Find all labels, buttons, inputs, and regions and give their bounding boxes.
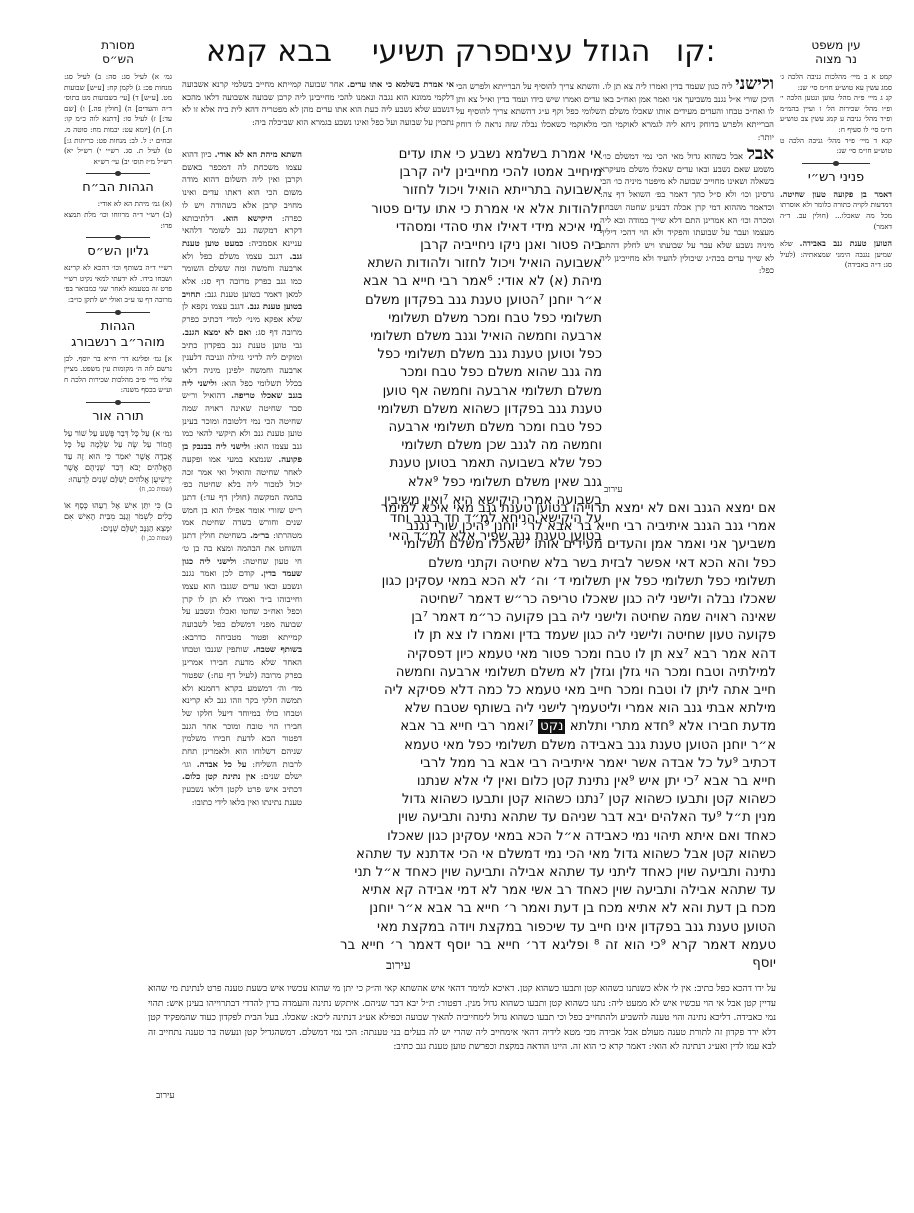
gemara-line: שאינה ראויה שמה שחיטה ולישני ליה בבן פקו… <box>340 609 776 627</box>
gemara-line: ולהודות אלא אי אמרת כי אתו עדים פטור <box>340 201 602 219</box>
gemara-line: תשלומי כפל תשלומי כפל אין תשלומי ד׳ וה׳ … <box>340 573 776 591</box>
gemara-line: מיחייב אמטו להכי מחייבינן ליה קרבן <box>340 164 602 182</box>
header-chapter-name: הגוזל עצים <box>510 34 650 70</box>
torah-or-verse: ב) כִּי יִתֵּן אִישׁ אֶל רֵעֵהוּ כֶּסֶף … <box>64 500 172 535</box>
gemara-line: מדעת חבירו אלא ⁹חדא מתרי ותלתא נקט ⁷ואמר… <box>340 718 776 736</box>
mesoret-title-line1: מסורת <box>64 38 172 52</box>
tosafot-second-text: אבל כשהוא גדול מאי הכי נמי דמשלם כו׳. מש… <box>600 151 774 275</box>
gemara-line: למילתיה וטבח ומכר הוי גזלן וגזלן לא משלם… <box>340 664 776 682</box>
gemara-line: חייא בר אבא ⁷כי יתן איש ⁹אין נתינת קטן כ… <box>340 773 776 791</box>
divider <box>86 237 151 238</box>
gemara-line: כפל והא הכא דאי אפשר לבזית בשר בלא שחיטה… <box>340 555 776 573</box>
bottom-rashi-text: על ידו דהכא כפל כתיב: אין לי אלא כשנתנו … <box>148 984 776 1052</box>
torah-or-ref: (שמות כב, ח) <box>64 485 172 496</box>
gemara-line: הטוען טענת גנב בפקדון אינו חייב עד שיכפו… <box>340 919 776 937</box>
gemara-line: אם ימצא הגנב ואם לא ימצא תרוייהו בטוען ט… <box>340 500 776 518</box>
gemara-line: כשהוא קטן אבל כשהוא גדול מאי הכי נמי דמש… <box>340 846 776 864</box>
gemara-line: משלם תשלומי ארבעה וחמשה אף טוען <box>340 383 602 401</box>
rashi-dh: היקישא הוא. <box>223 213 273 223</box>
gemara-line: כפל שלא בשבועה תאמר בטוען טענת <box>340 455 602 473</box>
gemara-line: דכתיב ⁹על כל אבדה אשר יאמר איתיביה רבי א… <box>340 755 776 773</box>
gemara-line: אשבועה בתרייתא הואיל ויכול לחזור <box>340 182 602 200</box>
torah-or-verse: גמ׳ א) עַל כָּל דְּבַר פֶּשַׁע עַל שׁוֹר… <box>64 428 172 486</box>
divider <box>802 163 869 164</box>
ein-mishpat-title-line1: עין משפט <box>780 38 892 52</box>
gemara-line: כפל טבח ומכר משלם תשלומי ארבעה <box>340 419 602 437</box>
gilyon-title: גליון הש״ס <box>64 244 172 260</box>
divider <box>86 173 151 174</box>
gemara-wide-block: אם ימצא הגנב ואם לא ימצא תרוייהו בטוען ט… <box>340 500 776 973</box>
mesoret-column: מסורת הש״ס גמ׳ א) לעיל סג: סה: ב) לעיל ס… <box>64 38 172 545</box>
gemara-line: משביעך אני ואמר אמן והעדים מעידים אותו ⁷… <box>340 536 776 554</box>
divider <box>86 402 151 403</box>
ein-mishpat-entry: קנ ג מיי׳ פ״ה מהל׳ טוען ונטען הלכה י׳ ופ… <box>780 93 892 135</box>
gemara-line: מנין ת״ל ⁹עד האלהים יבא דבר שניהם עד שתה… <box>340 809 776 827</box>
ein-mishpat-title-line2: נר מצוה <box>780 52 892 66</box>
gemara-line-text: ⁷ואמר רבי חייא בר אבא <box>400 719 534 734</box>
rashi-text: שותפין שגנבו וטבחו האחד שלא מדעת חבירו א… <box>182 644 302 768</box>
gemara-line: גנב שאין משלם תשלומי כפל ⁹אלא <box>340 474 602 492</box>
ein-mishpat-entry: קמט א ב מיי׳ מהלכות גניבה הלכה ג׳ סמג עש… <box>780 72 892 93</box>
maharshal-text: א] גמ׳ ופליגא דר׳ חייא בר יוסף. לכן נרשם… <box>64 354 172 396</box>
penei-rashi-title: פניני רש״י <box>780 170 892 186</box>
gemara-line: מכח בן דעת והא לא אתיא מכח בן דעת ואמר ר… <box>340 900 776 918</box>
gemara-line: שאכלו נבלה ולישני ליה כגון שאכלו טריפה כ… <box>340 591 776 609</box>
ein-mishpat-entry: קנא ד מיי׳ פ״ד מהל׳ גניבה הלכה ט טוש״ע ח… <box>780 136 892 157</box>
gemara-line: כפל וטוען טענת גנב משלם תשלומי כפל <box>340 346 602 364</box>
gemara-line: תשלומי כפל טבח ומכר משלם תשלומי <box>340 310 602 328</box>
mesoret-entries: גמ׳ א) לעיל סג: סה: ב) לעיל סג: מנחות פכ… <box>64 72 172 167</box>
rashi-dh: אין נתינת קטן כלום. <box>182 771 256 781</box>
rashi-text: קודם לכן ואמר נגנב ונשבע ובאו עדים שגנבו… <box>182 568 302 642</box>
gemara-line: מי איכא מידי דאילו אתי סהדי ומסהדי <box>340 219 602 237</box>
gemara-line: כשהוא קטן ותבעו כשהוא קטן ⁷נתנו כשהוא קט… <box>340 791 776 809</box>
gemara-line-text: מדעת חבירו אלא ⁹חדא מתרי ותלתא <box>570 719 776 734</box>
rashi-dh: אי אמרת בשלמא כי אתו עדים. <box>347 79 454 89</box>
tosafot-opening-dh: ולישני <box>735 78 774 94</box>
tosafot-catchword: עירוב <box>604 484 623 495</box>
rashi-dh: השתא מיהת הא לא אודי. <box>215 149 302 159</box>
bottom-catchword: עירוב <box>156 1090 175 1101</box>
gemara-line: ביה פטור ואנן ניקו ניחייביה קרבן <box>340 237 602 255</box>
divider <box>86 312 151 313</box>
gemara-line: מיהת (א) לא אודי: ⁶אמר רבי חייא בר אבא <box>340 273 602 291</box>
gemara-catchword: עירוב <box>386 958 411 973</box>
header-chapter-number: פרק תשיעי <box>372 34 512 70</box>
gemara-line: מה גנב שהוא משלם כפל טבח ומכר <box>340 364 602 382</box>
ein-mishpat-column: עין משפט נר מצוה קמט א ב מיי׳ מהלכות גני… <box>780 38 892 271</box>
rashi-dh: ואם לא ימצא הגנב. <box>182 327 251 337</box>
penei-rashi-item: הטוען טענת גנב באבידה. שלא שמיען נגנבה ה… <box>780 238 892 271</box>
gemara-line: נתינה ותביעה שוין כאחד ליתני עד שתהא אבי… <box>340 864 776 882</box>
gemara-line: ארבעה וחמשה הואיל וגנב משלם תשלומי <box>340 328 602 346</box>
gemara-narrow-block: אי אמרת בשלמא נשבע כי אתו עדים מיחייב אמ… <box>340 146 602 546</box>
rashi-dh: בשותף שטבח. <box>253 644 302 654</box>
gemara-line: טענת גנב בפקדון כשהוא משלם תשלומי <box>340 401 602 419</box>
gemara-line: אשבועה הואיל ויכול לחזור ולהודות השתא <box>340 255 602 273</box>
gemara-line: כאחד ואם איתא תיהוי נמי כאבידה א״ל הכא ב… <box>340 828 776 846</box>
rashi-text: שנמצא במעי אמו ופקעה לאחר שחיטה והואיל ו… <box>182 454 302 540</box>
gemara-line: א״ר יוחנן ⁷הטוען טענת גנב בפקדון משלם <box>340 292 602 310</box>
header-tractate: בבא קמא <box>206 34 332 70</box>
header-folio: קו: <box>676 34 716 70</box>
rashi-dh: על כל אבדה. <box>197 759 247 769</box>
tosafot-column-lower: אבל אבל כשהוא גדול מאי הכי נמי דמשלם כו׳… <box>600 148 774 493</box>
gemara-line: וחמשה מה לגנב שכן משלם תשלומי <box>340 437 602 455</box>
gemara-line: מילתא אבתי גנב הוא אמרי וליטעמיך לישני ל… <box>340 700 776 718</box>
gemara-line: עד שתהא אבילה ותביעה שוין כאחד רב אשי אמ… <box>340 882 776 900</box>
boxed-word: נקט <box>538 719 565 734</box>
rashi-text: דכתיב איש פרט לקטן דלאו נשבעין טענת נתינ… <box>182 784 302 807</box>
ein-mishpat-title: עין משפט נר מצוה <box>780 38 892 66</box>
rashi-text: דגנב עצמו משלם כפל ולא ארבעה וחמשה ומה ש… <box>182 251 302 299</box>
bottom-rashi: על ידו דהכא כפל כתיב: אין לי אלא כשנתנו … <box>148 982 776 1055</box>
gemara-line: אמרי גנב הגנב איתיביה רבי חייא בר אבא לר… <box>340 518 776 536</box>
maharshal-title-line2: מוהר״ב רנשבורג <box>64 335 172 351</box>
rashi-dh: בר״מ. <box>250 530 269 540</box>
tosafot-second-dh: אבל <box>747 148 774 164</box>
rashi-text: כיון דהוא עצמו משכחת לה דמכפר באשם וקרבן… <box>182 149 302 223</box>
rashi-column-lower: השתא מיהת הא לא אודי. כיון דהוא עצמו משכ… <box>182 148 302 938</box>
torah-or-title: תורה אור <box>64 409 172 425</box>
maharshal-title: הגהות מוהר״ב רנשבורג <box>64 319 172 351</box>
penei-rashi-text: דמדעות לקויה כתורה כלומר ולא אוסרתו מכל … <box>780 200 892 230</box>
gemara-line: פקועה טעון שחיטה ולישני ליה כגון שעמד בד… <box>340 627 776 645</box>
mesoret-title-line2: הש״ס <box>64 52 172 66</box>
gilyon-text: רש״י ד״ה בשותף וכו׳ דהכא לא קרינא ושבחו … <box>64 263 172 305</box>
gemara-line: דהא אמר רבא ⁷צא תן לו טבח ומכר פטור מאי … <box>340 646 776 664</box>
gemara-line: חייב אתה ליתן לו וטבח ומכר חייב מאי טעמא… <box>340 682 776 700</box>
hagahot-habach-title: הגהות הב״ח <box>64 180 172 196</box>
mesoret-title: מסורת הש״ס <box>64 38 172 66</box>
gemara-line: אי אמרת בשלמא נשבע כי אתו עדים <box>340 146 602 164</box>
rashi-column: אי אמרת בשלמא כי אתו עדים. אחר שבועה קמי… <box>182 78 454 148</box>
tosafot-column: ולישני ליה כגון שעמד בדין ואמרו ליה צא ת… <box>456 78 774 148</box>
tosafot-opening-text: ליה כגון שעמד בדין ואמרו ליה צא תן לו. ו… <box>456 81 774 142</box>
hagahot-habach-item: (ב) רש״י ד״ה מרווחו וכו׳ מלת תמצא פדו: <box>64 210 172 231</box>
penei-rashi-item: דאמר בן פקועה טעון שחיטה. דמדעות לקויה כ… <box>780 189 892 232</box>
maharshal-title-line1: הגהות <box>64 319 172 335</box>
penei-rashi-dh: הטוען טענת גנב באבידה. <box>800 238 892 248</box>
gemara-line: א״ר יוחנן הטוען טענת גנב באבידה משלם תשל… <box>340 737 776 755</box>
penei-rashi-dh: דאמר בן פקועה טעון שחיטה. <box>780 189 892 199</box>
hagahot-habach-item: (א) גמ׳ מיהת הא לא אודי: <box>64 199 172 210</box>
torah-or-ref: (שמות כב, ו) <box>64 534 172 545</box>
